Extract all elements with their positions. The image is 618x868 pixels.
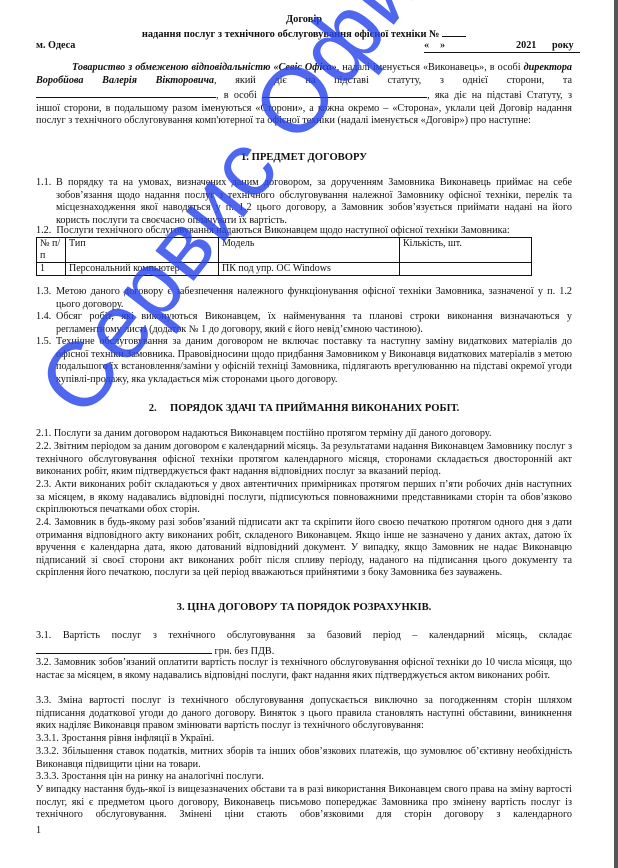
clause-2-3: 2.3. Акти виконаних робіт складаються у …	[36, 479, 572, 517]
clause-1-5: 1.5.Технічне обслуговування за даним дог…	[36, 336, 572, 386]
contract-date: « » 2021 року	[424, 40, 580, 53]
clause-3-3-3: 3.3.3. Зростання цін на ринку на аналогі…	[36, 771, 572, 784]
title-main: Договір	[36, 14, 572, 27]
clause-1-1: 1.1.В порядку та на умовах, визначених д…	[36, 177, 572, 227]
price-change-paragraph: У випадку настання будь-якої із вищезазн…	[36, 784, 572, 822]
header-cell-model: Модель	[219, 238, 400, 263]
clause-1-3: 1.3.Метою даного договору є забезпечення…	[36, 286, 572, 311]
contract-number-blank	[442, 27, 466, 37]
intro-paragraph: Товариство з обмеженою відповідальністю …	[36, 62, 572, 128]
clause-3-3-2: 3.3.2. Збільшення ставок податків, митни…	[36, 746, 572, 771]
city: м. Одеса	[36, 40, 75, 53]
client-representative-blank	[262, 87, 427, 98]
title-subtitle: надання послуг з технічного обслуговуван…	[36, 27, 572, 42]
section-3-heading: 3. ЦІНА ДОГОВОРУ ТА ПОРЯДОК РОЗРАХУНКІВ.	[36, 602, 572, 615]
price-blank	[36, 643, 212, 654]
client-name-blank	[36, 87, 216, 98]
header-cell-number: № п/п	[37, 238, 66, 263]
equipment-table: № п/п Тип Модель Кількість, шт. 1 Персон…	[36, 237, 532, 276]
clause-3-3-1: 3.3.1. Зростання рівня інфляції в Україн…	[36, 733, 572, 746]
clause-1-4: 1.4.Обсяг робіт, які виконуються Виконав…	[36, 311, 572, 336]
page-number: 1	[36, 825, 41, 838]
document-title: Договір надання послуг з технічного обсл…	[36, 14, 572, 41]
section-2-heading: 2. ПОРЯДОК ЗДАЧІ ТА ПРИЙМАННЯ ВИКОНАНИХ …	[36, 403, 572, 416]
header-cell-type: Тип	[66, 238, 219, 263]
clause-3-1: 3.1. Вартість послуг з технічного обслуг…	[36, 630, 572, 643]
clause-3-3: 3.3. Зміна вартості послуг із технічного…	[36, 695, 572, 733]
clause-2-4: 2.4. Замовник в будь-якому разі зобов’яз…	[36, 517, 572, 580]
clause-2-1: 2.1. Послуги за даним договором надаютьс…	[36, 428, 572, 441]
header-cell-quantity: Кількість, шт.	[400, 238, 532, 263]
window-edge-border	[614, 0, 618, 868]
section-1-heading: 1. ПРЕДМЕТ ДОГОВОРУ	[36, 152, 572, 165]
table-header-row: № п/п Тип Модель Кількість, шт.	[37, 238, 532, 263]
clause-3-2: 3.2. Замовник зобов’язаний оплатити варт…	[36, 657, 572, 682]
clause-2-2: 2.2. Звітним періодом за даним договором…	[36, 441, 572, 479]
table-row: 1 Персональний компьютер ПК под упр. ОС …	[37, 263, 532, 276]
clause-1-2: 1.2. Послуги технічного обслуговування н…	[36, 225, 572, 238]
